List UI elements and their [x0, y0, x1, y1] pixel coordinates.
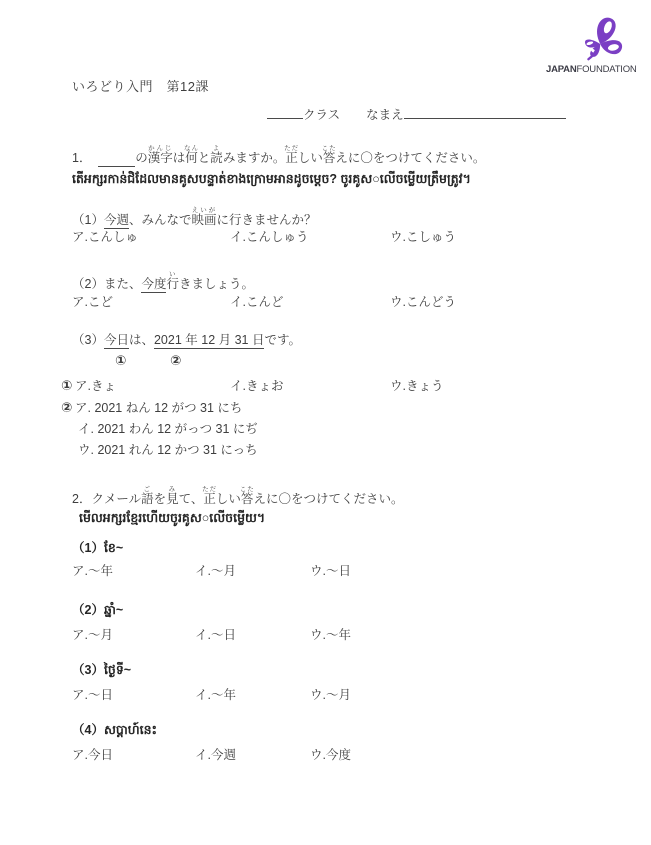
s2-item2-option-u: ウ.～年 — [310, 627, 351, 643]
s1-q2-option-a: ア.こど — [72, 294, 113, 310]
s1-q3-marker-2: ② — [170, 353, 181, 369]
s1-q1-question: （1）今週、みんなで映画えいがに行きませんか？ — [72, 207, 317, 228]
s1-q2-option-i: イ.こんど — [230, 294, 283, 310]
s1-q1-option-i: イ.こんしゅう — [230, 229, 308, 245]
japan-foundation-logo: JAPANFOUNDATION — [546, 12, 630, 75]
s1-q3-marker-1: ① — [115, 353, 126, 369]
logo-word-foundation: FOUNDATION — [577, 64, 637, 75]
section2-heading: 2．クメール語ごを見みて、正ただしい答こたえに〇をつけてください。 — [72, 486, 403, 507]
s1-q1-option-u: ウ.こしゅう — [390, 229, 456, 245]
worksheet-page: JAPANFOUNDATION いろどり入門 第12課 クラスなまえ 1． の漢… — [0, 0, 651, 845]
s1-q3-sub2-line2: イ. 2021 わん 12 がっつ 31 にぢ — [78, 421, 258, 437]
section2-khmer-instruction: មើលអក្សរខ្មែរហើយចូរគូស○លើចម្លើយ។ — [79, 510, 265, 526]
s2-item4-prompt: （4）សប្តាហ៍នេះ — [72, 722, 157, 738]
logo-word-japan: JAPAN — [546, 64, 577, 75]
s2-item3-option-u: ウ.～月 — [310, 687, 351, 703]
s2-item1-prompt: （1）ខែ~ — [72, 540, 123, 556]
s2-item4-option-i: イ.今週 — [195, 747, 236, 763]
class-name-line: クラスなまえ — [267, 106, 566, 123]
s2-item3-option-i: イ.～年 — [195, 687, 236, 703]
section1-heading: 1． の漢字かんじは何なんと読よみますか。正ただしい答こたえに〇をつけてください… — [72, 145, 485, 166]
section1-khmer-instruction: តើអក្សរកាន់ជិដែលមានគូសបន្ទាត់ខាងក្រោមអាន… — [72, 171, 471, 187]
s2-item3-prompt: （3）ថ្ងៃទី~ — [72, 662, 131, 678]
name-label: なまえ — [366, 108, 404, 122]
s1-q3-sub1-option-i: イ.きょお — [230, 378, 283, 394]
s1-q1-option-a: ア.こんしゅ — [72, 229, 138, 245]
s2-item2-prompt: （2）ឆ្នាំ~ — [72, 602, 123, 618]
s2-item2-option-i: イ.～日 — [195, 627, 236, 643]
s1-q3-question: （3）今日は、2021 年 12 月 31 日です。 — [72, 332, 301, 348]
s1-q3-sub1-option-u: ウ.きょう — [390, 378, 443, 394]
s1-q3-sub2-marker: ② — [61, 400, 72, 416]
class-blank — [267, 106, 303, 119]
s2-item3-option-a: ア.～日 — [72, 687, 113, 703]
s1-q3-sub2-line3: ウ. 2021 れん 12 かつ 31 にっち — [78, 442, 258, 458]
logo-wordmark: JAPANFOUNDATION — [546, 64, 630, 75]
s1-q3-sub1-option-a: ア.きょ — [75, 378, 116, 394]
butterfly-logo-icon — [582, 12, 624, 62]
s2-item4-options: ア.今日 イ.今週 ウ.今度 — [72, 747, 86, 827]
page-title: いろどり入門 第12課 — [72, 79, 209, 95]
name-blank — [404, 106, 566, 119]
s2-item1-option-i: イ.～月 — [195, 563, 236, 579]
s2-item1-option-a: ア.～年 — [72, 563, 113, 579]
s2-item4-option-a: ア.今日 — [72, 747, 113, 763]
s1-q3-sub2-option-a: ア. 2021 ねん 12 がつ 31 にち — [75, 400, 242, 416]
s2-item2-option-a: ア.～月 — [72, 627, 113, 643]
s1-q2-question: （2）また、今度行いきましょう。 — [72, 271, 254, 292]
s1-q3-sub1-marker: ① — [61, 378, 72, 394]
s2-item4-option-u: ウ.今度 — [310, 747, 351, 763]
s2-item1-option-u: ウ.～日 — [310, 563, 351, 579]
class-label: クラス — [303, 108, 340, 122]
s1-q2-option-u: ウ.こんどう — [390, 294, 456, 310]
